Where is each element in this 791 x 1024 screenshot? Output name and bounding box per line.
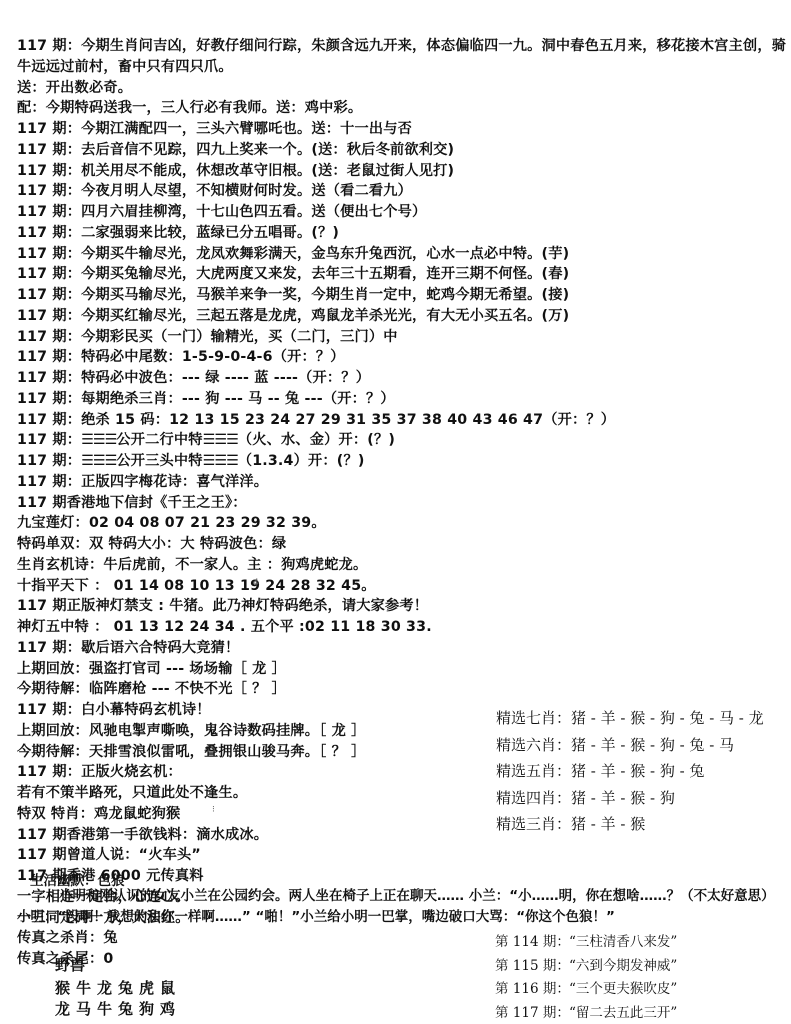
- history-row: 第 115 期：“六到今期发神威”: [495, 955, 677, 979]
- pick-label: 精选五肖：: [496, 762, 571, 780]
- tip-line: 117 期：绝杀 15 码：12 13 15 23 24 27 29 31 35…: [17, 410, 791, 431]
- history-phrase: “留二去五此三开”: [569, 1005, 677, 1021]
- tip-suffix: （火、水、金）开：(？): [238, 432, 395, 448]
- pick-value: 猪 - 羊 - 猴 - 狗 - 兔: [571, 762, 704, 780]
- tip-text: 公开二行中特: [116, 432, 202, 448]
- tip-prefix: 117 期：: [17, 432, 81, 448]
- pick-value: 猪 - 羊 - 猴 - 狗 - 兔 - 马 - 龙: [571, 709, 764, 727]
- tip-line: 117 期：二家强弱来比较，蓝绿已分五唱哥。(？): [17, 223, 791, 244]
- tip-line: 117 期：今期买马输尽光，马猴羊来争一奖，今期生肖一定中，蛇鸡今期无希望。(接…: [17, 285, 791, 306]
- trigram-icon: ☰☰☰: [81, 432, 116, 448]
- history-row: 第 116 期：“三个更夫猴吹皮”: [495, 978, 677, 1002]
- tip-line: 上期回放：强盗打官司 --- 场场输［ 龙 ］: [17, 659, 791, 680]
- pick-row: 精选五肖：猪 - 羊 - 猴 - 狗 - 兔: [496, 758, 764, 785]
- tip-line: 117 期：正版四字梅花诗：喜气洋洋。: [17, 472, 791, 493]
- tip-line: 117 期：特码必中波色：--- 绿 ---- 蓝 ----（开：？）: [17, 368, 791, 389]
- history-row: 第 117 期：“留二去五此三开”: [495, 1002, 677, 1024]
- history-row: 第 114 期：“三柱清香八来发”: [495, 931, 677, 955]
- tip-line: 送：开出数必奇。: [17, 78, 791, 99]
- pick-value: 猪 - 羊 - 猴 - 狗: [571, 789, 675, 807]
- pick-label: 精选六肖：: [496, 736, 571, 754]
- tip-line: 117 期：特码必中尾数：1-5-9-0-4-6（开：？）: [17, 347, 791, 368]
- pick-value: 猪 - 羊 - 猴: [571, 815, 645, 833]
- tip-line: 十指平天下 ： 01 14 08 10 13 19 24 28 32 45。: [17, 576, 791, 597]
- selected-zodiac-picks: 精选七肖：猪 - 羊 - 猴 - 狗 - 兔 - 马 - 龙精选六肖：猪 - 羊…: [496, 705, 764, 838]
- tip-line: 117 期：今期彩民买（一门）输精光，买（二门，三门）中: [17, 327, 791, 348]
- tip-line: 今期待解：临阵磨枪 --- 不快不光［ ？ ］: [17, 679, 791, 700]
- tip-line: 117 期：今夜月明人尽望，不知横财何时发。送（看二看九）: [17, 181, 791, 202]
- pick-row: 精选七肖：猪 - 羊 - 猴 - 狗 - 兔 - 马 - 龙: [496, 705, 764, 732]
- tip-line: 117 期：今期买牛输尽光，龙凤欢舞彩满天，金鸟东升兔西沉，心水一点必中特。(芋…: [17, 244, 791, 265]
- tip-line: 117 期：今期买红输尽光，三起五落是龙虎，鸡鼠龙羊杀光光，有大无小买五名。(万…: [17, 306, 791, 327]
- tip-line: 神灯五中特 ： 01 13 12 24 34 . 五个平 :02 11 18 3…: [17, 617, 791, 638]
- pick-label: 精选四肖：: [496, 789, 571, 807]
- tip-line: 特码单双：双 特码大小：大 特码波色：绿: [17, 534, 791, 555]
- tip-suffix: （1.3.4）开：(？): [238, 453, 365, 469]
- history-period: 第 117 期：: [495, 1002, 569, 1024]
- history-period: 第 115 期：: [495, 955, 569, 979]
- pick-value: 猪 - 羊 - 猴 - 狗 - 兔 - 马: [571, 736, 734, 754]
- humor-story: 小明和刚认识的女友小兰在公园约会。两人坐在椅子上正在聊天…… 小兰：“小……明，…: [17, 886, 787, 928]
- history-phrase: “六到今期发神威”: [569, 958, 677, 974]
- past-period-phrases: 第 114 期：“三柱清香八来发”第 115 期：“六到今期发神威”第 116 …: [495, 931, 677, 1024]
- history-period: 第 114 期：: [495, 931, 569, 955]
- pick-row: 精选四肖：猪 - 羊 - 猴 - 狗: [496, 785, 764, 812]
- tip-line: 117 期：去后音信不见踪，四九上奖来一个。(送：秋后冬前欲利交): [17, 140, 791, 161]
- tip-line: 117 期曾道人说：“火车头”: [17, 845, 791, 866]
- tip-line: 117 期：今期生肖问吉凶，好教仔细问行踪，朱颜含远九开来，体态偏临四一九。洞中…: [17, 36, 791, 78]
- beast-title: 野兽: [55, 952, 185, 978]
- beast-zodiac-block: 野兽 猴牛龙兔虎鼠 龙马牛兔狗鸡: [55, 952, 185, 1020]
- history-period: 第 116 期：: [495, 978, 569, 1002]
- tip-line: 117 期：☰☰☰公开三头中特☰☰☰（1.3.4）开：(？): [17, 451, 791, 472]
- tip-line: 117 期：机关用尽不能成，休想改革守旧根。(送：老鼠过街人见打): [17, 161, 791, 182]
- tip-line: 117 期：每期绝杀三肖：--- 狗 --- 马 -- 兔 ---（开：？）: [17, 389, 791, 410]
- tip-line: 生肖玄机诗：牛后虎前，不一家人。主 ：狗鸡虎蛇龙。: [17, 555, 791, 576]
- tip-line: 117 期香港 6000 元传真料: [17, 866, 791, 887]
- lottery-tips-page: 117 期：今期生肖问吉凶，好教仔细问行踪，朱颜含远九开来，体态偏临四一九。洞中…: [0, 0, 791, 1024]
- tip-line: 117 期：今期买兔输尽光，大虎两度又来发，去年三十五期看，连开三期不何怪。(春…: [17, 264, 791, 285]
- tip-line: 117 期正版神灯禁支 : 牛猪。此乃神灯特码绝杀，请大家参考！: [17, 596, 791, 617]
- tip-prefix: 117 期：: [17, 453, 81, 469]
- tip-line: 117 期：歇后语六合特码大竞猜！: [17, 638, 791, 659]
- stray-mark: 4: [253, 578, 259, 588]
- beast-row-1: 猴牛龙兔虎鼠: [55, 978, 185, 999]
- pick-label: 精选三肖：: [496, 815, 571, 833]
- pick-row: 精选六肖：猪 - 羊 - 猴 - 狗 - 兔 - 马: [496, 732, 764, 759]
- beast-row-2: 龙马牛兔狗鸡: [55, 999, 185, 1020]
- tip-line: 117 期：四月六眉挂柳湾，十七山色四五看。送（便出七个号）: [17, 202, 791, 223]
- trigram-icon: ☰☰☰: [81, 453, 116, 469]
- tip-line: 117 期香港地下信封《千王之王》：: [17, 493, 791, 514]
- tip-line: 117 期：☰☰☰公开二行中特☰☰☰（火、水、金）开：(？): [17, 430, 791, 451]
- tip-text: 公开三头中特: [116, 453, 202, 469]
- tip-line: 117 期：今期江满配四一，三头六臂哪吒也。送：十一出与否: [17, 119, 791, 140]
- pick-label: 精选七肖：: [496, 709, 571, 727]
- trigram-icon: ☰☰☰: [203, 432, 238, 448]
- tip-line: 九宝莲灯：02 04 08 07 21 23 29 32 39。: [17, 513, 791, 534]
- history-phrase: “三个更夫猴吹皮”: [569, 981, 677, 997]
- pick-row: 精选三肖：猪 - 羊 - 猴: [496, 811, 764, 838]
- trigram-icon: ☰☰☰: [203, 453, 238, 469]
- history-phrase: “三柱清香八来发”: [569, 934, 677, 950]
- tip-line: 配：今期特码送我一，三人行必有我师。送：鸡中彩。: [17, 98, 791, 119]
- stray-mark: ⁝: [212, 805, 215, 815]
